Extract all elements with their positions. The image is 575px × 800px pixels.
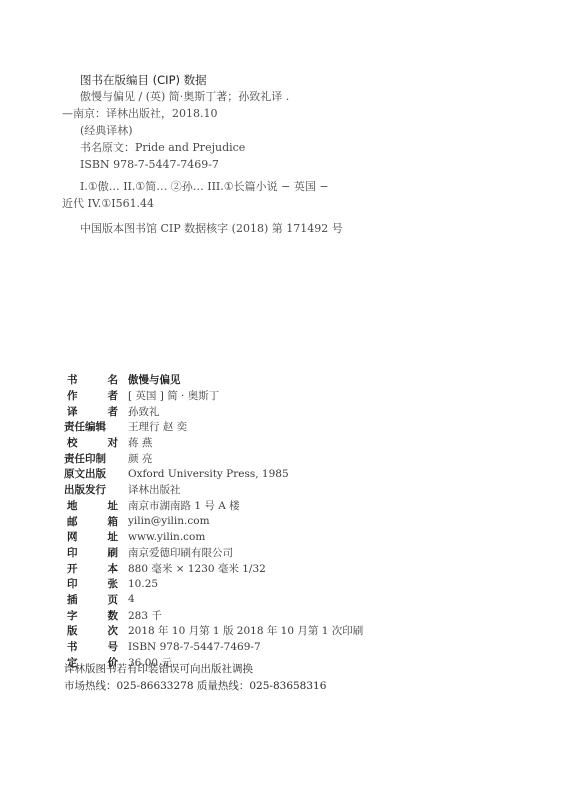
colophon-label: 校对: [64, 435, 124, 450]
colophon-row: 字数283 千: [64, 607, 363, 623]
colophon-value: 孙致礼: [128, 404, 160, 419]
colophon-row: 原文出版Oxford University Press, 1985: [64, 466, 363, 482]
misprint-notice: 译林版图书若有印装错误可向出版社调换: [64, 661, 326, 678]
colophon-row: 开本880 毫米 × 1230 毫米 1/32: [64, 560, 363, 576]
colophon-table: 书名傲慢与偏见作者[ 英国 ] 简 · 奥斯丁译者孙致礼责任编辑王理行 赵 奕校…: [64, 372, 363, 670]
colophon-row: 地址南京市湖南路 1 号 A 楼: [64, 498, 363, 514]
cip-record-number: 中国版本图书馆 CIP 数据核字 (2018) 第 171492 号: [80, 222, 343, 236]
colophon-label: 网址: [64, 529, 124, 544]
colophon-label: 开本: [64, 561, 124, 576]
colophon-value: 880 毫米 × 1230 毫米 1/32: [128, 561, 266, 576]
colophon-value: [ 英国 ] 简 · 奥斯丁: [128, 388, 219, 403]
colophon-row: 邮箱yilin@yilin.com: [64, 513, 363, 529]
colophon-label: 书号: [64, 639, 124, 654]
cip-line-title-author: 傲慢与偏见 / (英) 简·奥斯丁著；孙致礼译 .: [80, 90, 289, 104]
cip-line-publisher: —南京：译林出版社，2018.10: [62, 107, 218, 121]
colophon-value: 2018 年 10 月第 1 版 2018 年 10 月第 1 次印刷: [128, 623, 363, 638]
colophon-value: 蒋 燕: [128, 435, 152, 450]
colophon-label: 原文出版: [64, 466, 124, 481]
cip-line-original-title: 书名原文：Pride and Prejudice: [80, 141, 245, 155]
hotlines: 市场热线：025-86633278 质量热线：025-83658316: [64, 678, 326, 695]
colophon-row: 出版发行译林出版社: [64, 482, 363, 498]
colophon-value: 傲慢与偏见: [128, 372, 181, 387]
colophon-label: 字数: [64, 608, 124, 623]
colophon-label: 责任印制: [64, 451, 124, 466]
colophon-row: 书名傲慢与偏见: [64, 372, 363, 388]
colophon-value: www.yilin.com: [128, 531, 205, 543]
colophon-value: 颜 亮: [128, 451, 152, 466]
colophon-row: 校对蒋 燕: [64, 435, 363, 451]
colophon-value: ISBN 978-7-5447-7469-7: [128, 641, 261, 653]
colophon-value: 南京市湖南路 1 号 A 楼: [128, 498, 240, 513]
colophon-row: 责任印制颜 亮: [64, 450, 363, 466]
colophon-label: 书名: [64, 372, 124, 387]
colophon-label: 版次: [64, 623, 124, 638]
colophon-value: yilin@yilin.com: [128, 515, 210, 527]
colophon-label: 出版发行: [64, 482, 124, 497]
cip-classification-2: 近代 IV.①I561.44: [62, 197, 154, 211]
colophon-label: 译者: [64, 404, 124, 419]
colophon-row: 责任编辑王理行 赵 奕: [64, 419, 363, 435]
colophon-label: 责任编辑: [64, 419, 124, 434]
colophon-row: 印张10.25: [64, 576, 363, 592]
colophon-value: Oxford University Press, 1985: [128, 468, 289, 480]
colophon-value: 283 千: [128, 608, 162, 623]
colophon-row: 网址www.yilin.com: [64, 529, 363, 545]
footer-notice: 译林版图书若有印装错误可向出版社调换 市场热线：025-86633278 质量热…: [64, 661, 326, 695]
colophon-value: 10.25: [128, 578, 158, 590]
colophon-row: 印刷南京爱德印刷有限公司: [64, 545, 363, 561]
colophon-row: 译者孙致礼: [64, 403, 363, 419]
colophon-value: 4: [128, 593, 135, 605]
colophon-label: 插页: [64, 592, 124, 607]
cip-line-isbn: ISBN 978-7-5447-7469-7: [80, 158, 219, 172]
colophon-label: 印刷: [64, 545, 124, 560]
colophon-value: 王理行 赵 奕: [128, 419, 187, 434]
colophon-row: 作者[ 英国 ] 简 · 奥斯丁: [64, 388, 363, 404]
cip-line-series: (经典译林): [80, 124, 133, 138]
colophon-row: 版次2018 年 10 月第 1 版 2018 年 10 月第 1 次印刷: [64, 623, 363, 639]
colophon-row: 插页4: [64, 592, 363, 608]
cip-classification-1: I.①傲… II.①简… ②孙… III.①长篇小说 − 英国 −: [80, 180, 329, 194]
colophon-label: 印张: [64, 576, 124, 591]
cip-title: 图书在版编目 (CIP) 数据: [80, 73, 207, 87]
colophon-label: 地址: [64, 498, 124, 513]
colophon-value: 译林出版社: [128, 482, 181, 497]
colophon-value: 南京爱德印刷有限公司: [128, 545, 233, 560]
colophon-label: 作者: [64, 388, 124, 403]
colophon-row: 书号ISBN 978-7-5447-7469-7: [64, 639, 363, 655]
colophon-label: 邮箱: [64, 514, 124, 529]
